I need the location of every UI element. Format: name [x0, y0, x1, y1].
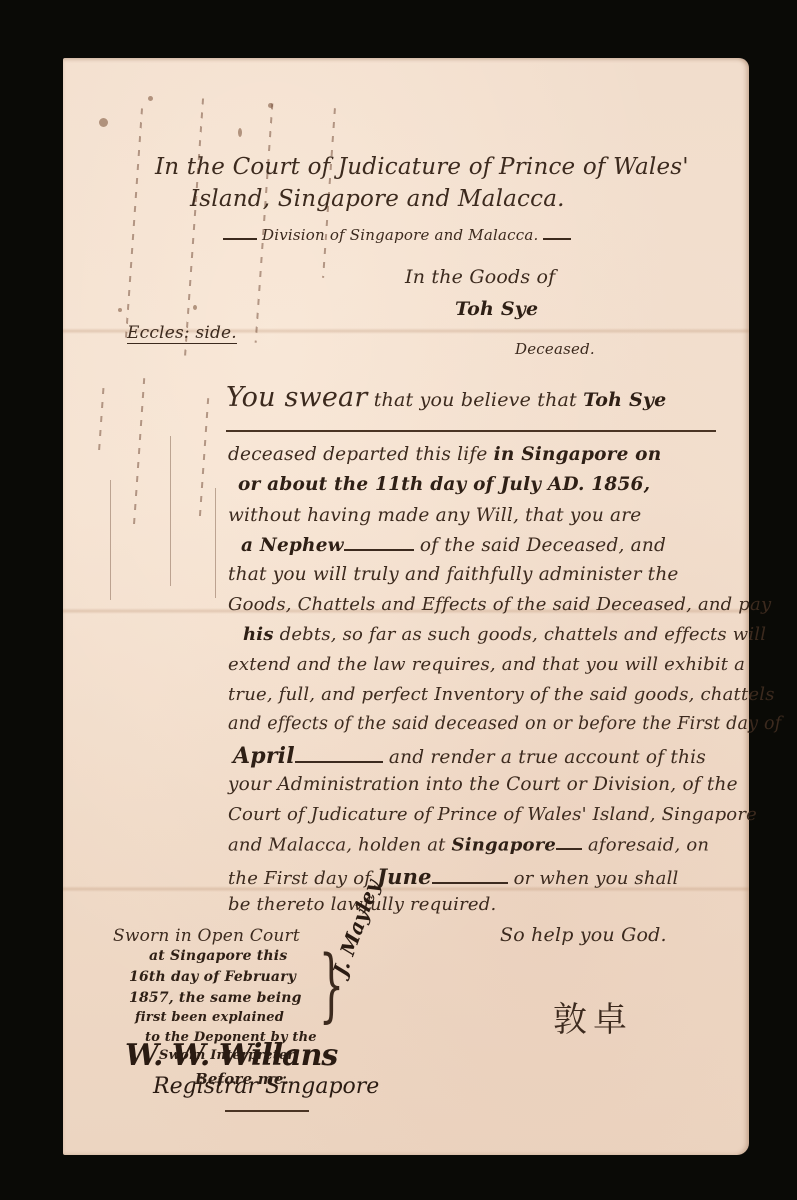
bleed-streak: [184, 98, 204, 358]
oath-line-2: deceased departed this life in Singapore…: [228, 444, 661, 465]
margin-rule: [170, 436, 171, 586]
jurat-line-1: Sworn in Open Court: [113, 926, 300, 946]
margin-note: Eccles: side.: [127, 323, 237, 344]
ink-stain: [148, 96, 153, 101]
oath-line-14: Court of Judicature of Prince of Wales' …: [228, 804, 757, 825]
jurat-line-4: 1857, the same being: [129, 990, 302, 1006]
oath-line-6: that you will truly and faithfully admin…: [228, 564, 679, 585]
registrar-title: Registrar Singapore: [153, 1074, 379, 1099]
oath-line-9: extend and the law requires, and that yo…: [228, 654, 745, 675]
oath-line-1: You swear that you believe that Toh Sye: [226, 382, 666, 413]
document-page: In the Court of Judicature of Prince of …: [63, 58, 749, 1155]
oath-text: aforesaid, on: [582, 834, 709, 855]
margin-rule: [110, 480, 111, 600]
bleed-streak: [255, 103, 274, 343]
oath-text: that you believe that: [367, 389, 583, 411]
bleed-streak: [199, 398, 209, 518]
oath-fill-month: June: [377, 864, 432, 889]
oath-line-3: or about the 11th day of July AD. 1856,: [238, 474, 650, 495]
court-heading-line2: Island, Singapore and Malacca.: [190, 186, 565, 212]
oath-line-4: without having made any Will, that you a…: [228, 505, 641, 526]
jurat-line-5: first been explained: [135, 1010, 284, 1025]
deceased-name: Toh Sye: [455, 298, 538, 320]
ink-stain: [99, 118, 108, 127]
in-the-goods-of: In the Goods of: [405, 266, 555, 288]
you-swear: You swear: [226, 382, 367, 413]
oath-rule: [226, 430, 716, 432]
oath-line-16: the First day of June or when you shall: [228, 864, 679, 889]
ink-stain: [193, 305, 197, 310]
deponent-chinese-mark: 敦卓: [553, 992, 633, 1041]
oath-line-11: and effects of the said deceased on or b…: [228, 714, 781, 734]
oath-text: deceased departed this life: [228, 444, 494, 465]
jurat-line-2: at Singapore this: [149, 948, 287, 964]
margin-rule: [215, 488, 216, 598]
division-heading: Division of Singapore and Malacca.: [223, 226, 571, 244]
oath-fill-pronoun: his: [243, 624, 274, 645]
division-text: Division of Singapore and Malacca.: [262, 226, 538, 244]
oath-fill-relation: Nephew: [260, 535, 344, 556]
oath-line-7: Goods, Chattels and Effects of the said …: [228, 594, 771, 615]
oath-line-8: his debts, so far as such goods, chattel…: [243, 624, 766, 645]
oath-text: debts, so far as such goods, chattels an…: [274, 624, 767, 645]
deceased-label: Deceased.: [515, 340, 595, 358]
oath-fill-month: April: [233, 743, 295, 769]
oath-closing: So help you God.: [500, 924, 667, 946]
oath-text: the First day of: [228, 868, 377, 889]
oath-line-13: your Administration into the Court or Di…: [228, 774, 738, 795]
oath-fill-name: Toh Sye: [583, 389, 666, 411]
oath-text: a: [241, 535, 260, 556]
oath-line-5: a Nephew of the said Deceased, and: [241, 534, 666, 556]
bleed-streak: [133, 378, 145, 528]
oath-fill-place: in Singapore on: [494, 444, 662, 465]
court-heading-line1: In the Court of Judicature of Prince of …: [155, 154, 689, 180]
jurat-line-3: 16th day of February: [129, 969, 296, 985]
signature-underline: [225, 1110, 309, 1112]
bleed-streak: [98, 388, 105, 458]
oath-line-15: and Malacca, holden at Singapore aforesa…: [228, 834, 709, 855]
oath-text: and Malacca, holden at: [228, 834, 452, 855]
ink-stain: [118, 308, 122, 312]
registrar-signature: W. W. Willans: [125, 1038, 337, 1073]
oath-text: of the said Deceased, and: [414, 535, 666, 556]
oath-line-12: April and render a true account of this: [233, 743, 706, 769]
oath-fill-place: Singapore: [452, 834, 557, 855]
oath-text: and render a true account of this: [383, 747, 706, 768]
oath-line-10: true, full, and perfect Inventory of the…: [228, 684, 775, 705]
bleed-streak: [125, 108, 143, 338]
oath-text: or when you shall: [508, 868, 679, 889]
ink-stain: [238, 128, 242, 137]
